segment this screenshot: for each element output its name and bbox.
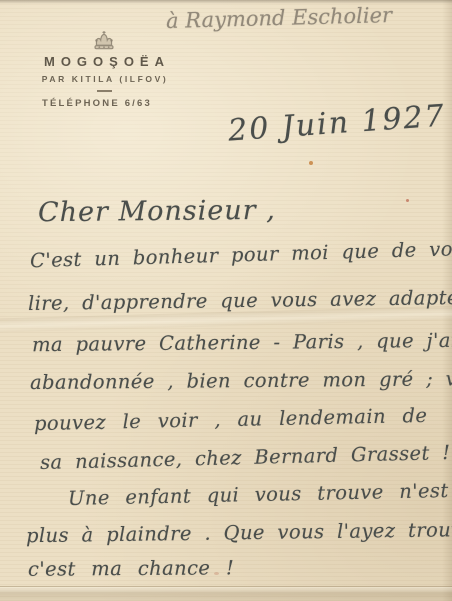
body-line: ma pauvre Catherine - Paris , que j'ai [32, 329, 452, 356]
letter-date: 20 Juin 1927 [227, 98, 447, 148]
letter-page: MOGOŞOËA PAR KITILA (ILFOV) TÉLÉPHONE 6/… [0, 0, 452, 601]
estate-phone: TÉLÉPHONE 6/63 [18, 98, 176, 109]
fold-crease-bottom [0, 586, 452, 601]
salutation: Cher Monsieur , [38, 195, 276, 228]
body-line: c'est ma chance ! [28, 556, 234, 580]
body-line: plus à plaindre . Que vous l'ayez trouvé… [26, 518, 452, 547]
dedication-note: à Raymond Escholier [166, 3, 393, 33]
paper-speck [406, 199, 409, 202]
body-line: Une enfant qui vous trouve n'est [68, 479, 449, 510]
body-line: abandonnée , bien contre mon gré ; vous [30, 367, 452, 394]
body-line: sa naissance, chez Bernard Grasset ! [40, 441, 451, 474]
letterhead-divider [97, 90, 112, 92]
body-line: C'est un bonheur pour moi que de vous [30, 237, 452, 272]
estate-name: MOGOŞOËA [18, 54, 190, 69]
paper-speck [309, 161, 313, 165]
letterhead: MOGOŞOËA PAR KITILA (ILFOV) TÉLÉPHONE 6/… [18, 30, 190, 109]
crown-icon [18, 30, 190, 52]
estate-location: PAR KITILA (ILFOV) [18, 74, 190, 84]
body-line: pouvez le voir , au lendemain de [34, 404, 428, 435]
